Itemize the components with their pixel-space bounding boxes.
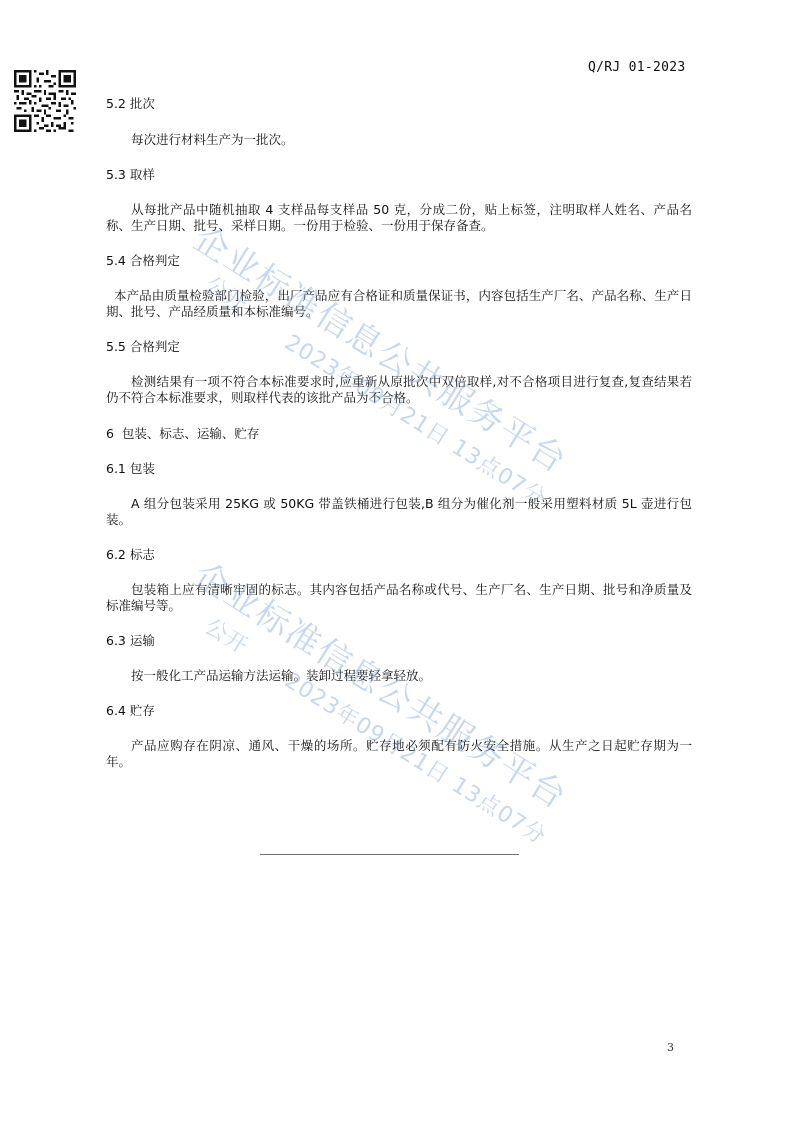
section-6-1-body: A 组分包装采用 25KG 或 50KG 带盖铁桶进行包装,B 组分为催化剂一般… xyxy=(106,496,692,528)
section-heading: 5.4 合格判定 xyxy=(106,253,692,269)
section-heading: 5.5 合格判定 xyxy=(106,339,692,355)
section-6-4-body: 产品应购存在阴凉、通风、干燥的场所。贮存地必须配有防火安全措施。从生产之日起贮存… xyxy=(106,738,692,770)
section-heading: 6.4 贮存 xyxy=(106,703,692,719)
section-heading: 5.2 批次 xyxy=(106,96,692,112)
paragraph: 每次进行材料生产为一批次。 xyxy=(106,132,692,148)
section-5-3: 5.3 取样 xyxy=(106,167,692,183)
section-5-4-body: 本产品由质量检验部门检验，出厂产品应有合格证和质量保证书，内容包括生产厂名、产品… xyxy=(106,288,692,320)
section-6-2: 6.2 标志 xyxy=(106,547,692,563)
page-number: 3 xyxy=(667,1041,674,1054)
paragraph: 产品应购存在阴凉、通风、干燥的场所。贮存地必须配有防火安全措施。从生产之日起贮存… xyxy=(106,738,692,770)
section-5-5-body: 检测结果有一项不符合本标准要求时,应重新从原批次中双倍取样,对不合格项目进行复查… xyxy=(106,374,692,406)
section-5-5: 5.5 合格判定 xyxy=(106,339,692,355)
document-code: Q/RJ 01-2023 xyxy=(588,60,686,75)
section-5-2: 5.2 批次 xyxy=(106,96,692,112)
chapter-heading: 6 包装、标志、运输、贮存 xyxy=(106,426,692,442)
paragraph: A 组分包装采用 25KG 或 50KG 带盖铁桶进行包装,B 组分为催化剂一般… xyxy=(106,496,692,528)
section-6: 6 包装、标志、运输、贮存 xyxy=(106,426,692,442)
section-6-4: 6.4 贮存 xyxy=(106,703,692,719)
end-of-document-rule xyxy=(260,854,519,855)
paragraph: 本产品由质量检验部门检验，出厂产品应有合格证和质量保证书，内容包括生产厂名、产品… xyxy=(106,288,692,320)
paragraph: 检测结果有一项不符合本标准要求时,应重新从原批次中双倍取样,对不合格项目进行复查… xyxy=(106,374,692,406)
section-heading: 6.1 包装 xyxy=(106,461,692,477)
section-5-4: 5.4 合格判定 xyxy=(106,253,692,269)
section-6-1: 6.1 包装 xyxy=(106,461,692,477)
section-5-3-body: 从每批产品中随机抽取 4 支样品每支样品 50 克，分成二份，贴上标签，注明取样… xyxy=(106,202,692,234)
section-heading: 5.3 取样 xyxy=(106,167,692,183)
section-heading: 6.3 运输 xyxy=(106,633,692,649)
section-6-2-body: 包装箱上应有清晰牢固的标志。其内容包括产品名称或代号、生产厂名、生产日期、批号和… xyxy=(106,582,692,614)
qr-code-icon xyxy=(14,70,76,132)
paragraph: 包装箱上应有清晰牢固的标志。其内容包括产品名称或代号、生产厂名、生产日期、批号和… xyxy=(106,582,692,614)
paragraph: 从每批产品中随机抽取 4 支样品每支样品 50 克，分成二份，贴上标签，注明取样… xyxy=(106,202,692,234)
paragraph: 按一般化工产品运输方法运输。装卸过程要轻拿轻放。 xyxy=(106,668,692,684)
section-6-3-body: 按一般化工产品运输方法运输。装卸过程要轻拿轻放。 xyxy=(106,668,692,684)
section-heading: 6.2 标志 xyxy=(106,547,692,563)
section-6-3: 6.3 运输 xyxy=(106,633,692,649)
section-5-2-body: 每次进行材料生产为一批次。 xyxy=(106,132,692,148)
